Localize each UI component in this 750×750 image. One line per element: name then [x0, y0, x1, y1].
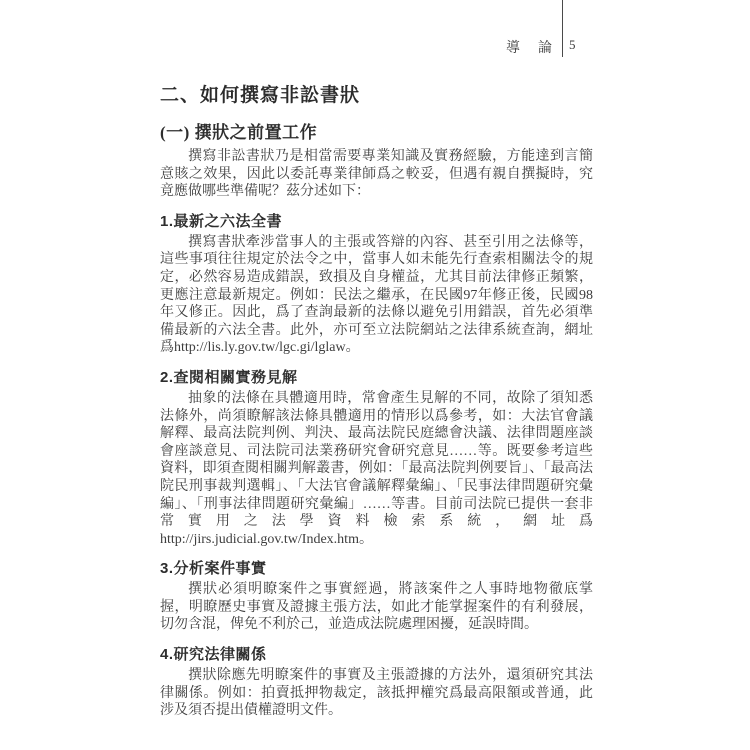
section-1-heading: 1.最新之六法全書: [160, 212, 593, 231]
section-4: 4.研究法律關係 撰狀除應先明瞭案件的事實及主張證據的方法外，還須研究其法律關係…: [160, 645, 593, 720]
section-4-heading: 4.研究法律關係: [160, 645, 593, 664]
section-2-heading: 2.查閱相關實務見解: [160, 368, 593, 387]
header-divider: [562, 0, 563, 57]
page-content: 二、如何撰寫非訟書狀 (一) 撰狀之前置工作 撰寫非訟書狀乃是相當需要專業知識及…: [160, 84, 593, 720]
subsection-title: (一) 撰狀之前置工作: [160, 122, 593, 143]
section-4-body: 撰狀除應先明瞭案件的事實及主張證據的方法外，還須研究其法律關係。例如：拍賣抵押物…: [160, 667, 593, 720]
section-3-heading: 3.分析案件事實: [160, 559, 593, 578]
section-1: 1.最新之六法全書 撰寫書狀牽涉當事人的主張或答辯的內容、甚至引用之法條等，這些…: [160, 212, 593, 357]
section-3: 3.分析案件事實 撰狀必須明瞭案件之事實經過，將該案件之人事時地物徹底掌握，明瞭…: [160, 559, 593, 634]
section-3-body: 撰狀必須明瞭案件之事實經過，將該案件之人事時地物徹底掌握，明瞭歷史事實及證據主張…: [160, 581, 593, 634]
page-title: 二、如何撰寫非訟書狀: [160, 84, 593, 108]
section-1-body: 撰寫書狀牽涉當事人的主張或答辯的內容、甚至引用之法條等，這些事項往往規定於法令之…: [160, 234, 593, 357]
section-2: 2.查閱相關實務見解 抽象的法條在具體適用時，常會產生見解的不同，故除了須知悉法…: [160, 368, 593, 548]
section-2-body: 抽象的法條在具體適用時，常會產生見解的不同，故除了須知悉法條外，尚須瞭解該法條具…: [160, 390, 593, 548]
intro-paragraph: 撰寫非訟書狀乃是相當需要專業知識及實務經驗，方能達到言簡意賅之效果，因此以委託專…: [160, 148, 593, 201]
page-number: 5: [569, 37, 576, 53]
running-head-section: 導 論: [506, 37, 554, 57]
book-page: 導 論 5 二、如何撰寫非訟書狀 (一) 撰狀之前置工作 撰寫非訟書狀乃是相當需…: [0, 0, 750, 750]
